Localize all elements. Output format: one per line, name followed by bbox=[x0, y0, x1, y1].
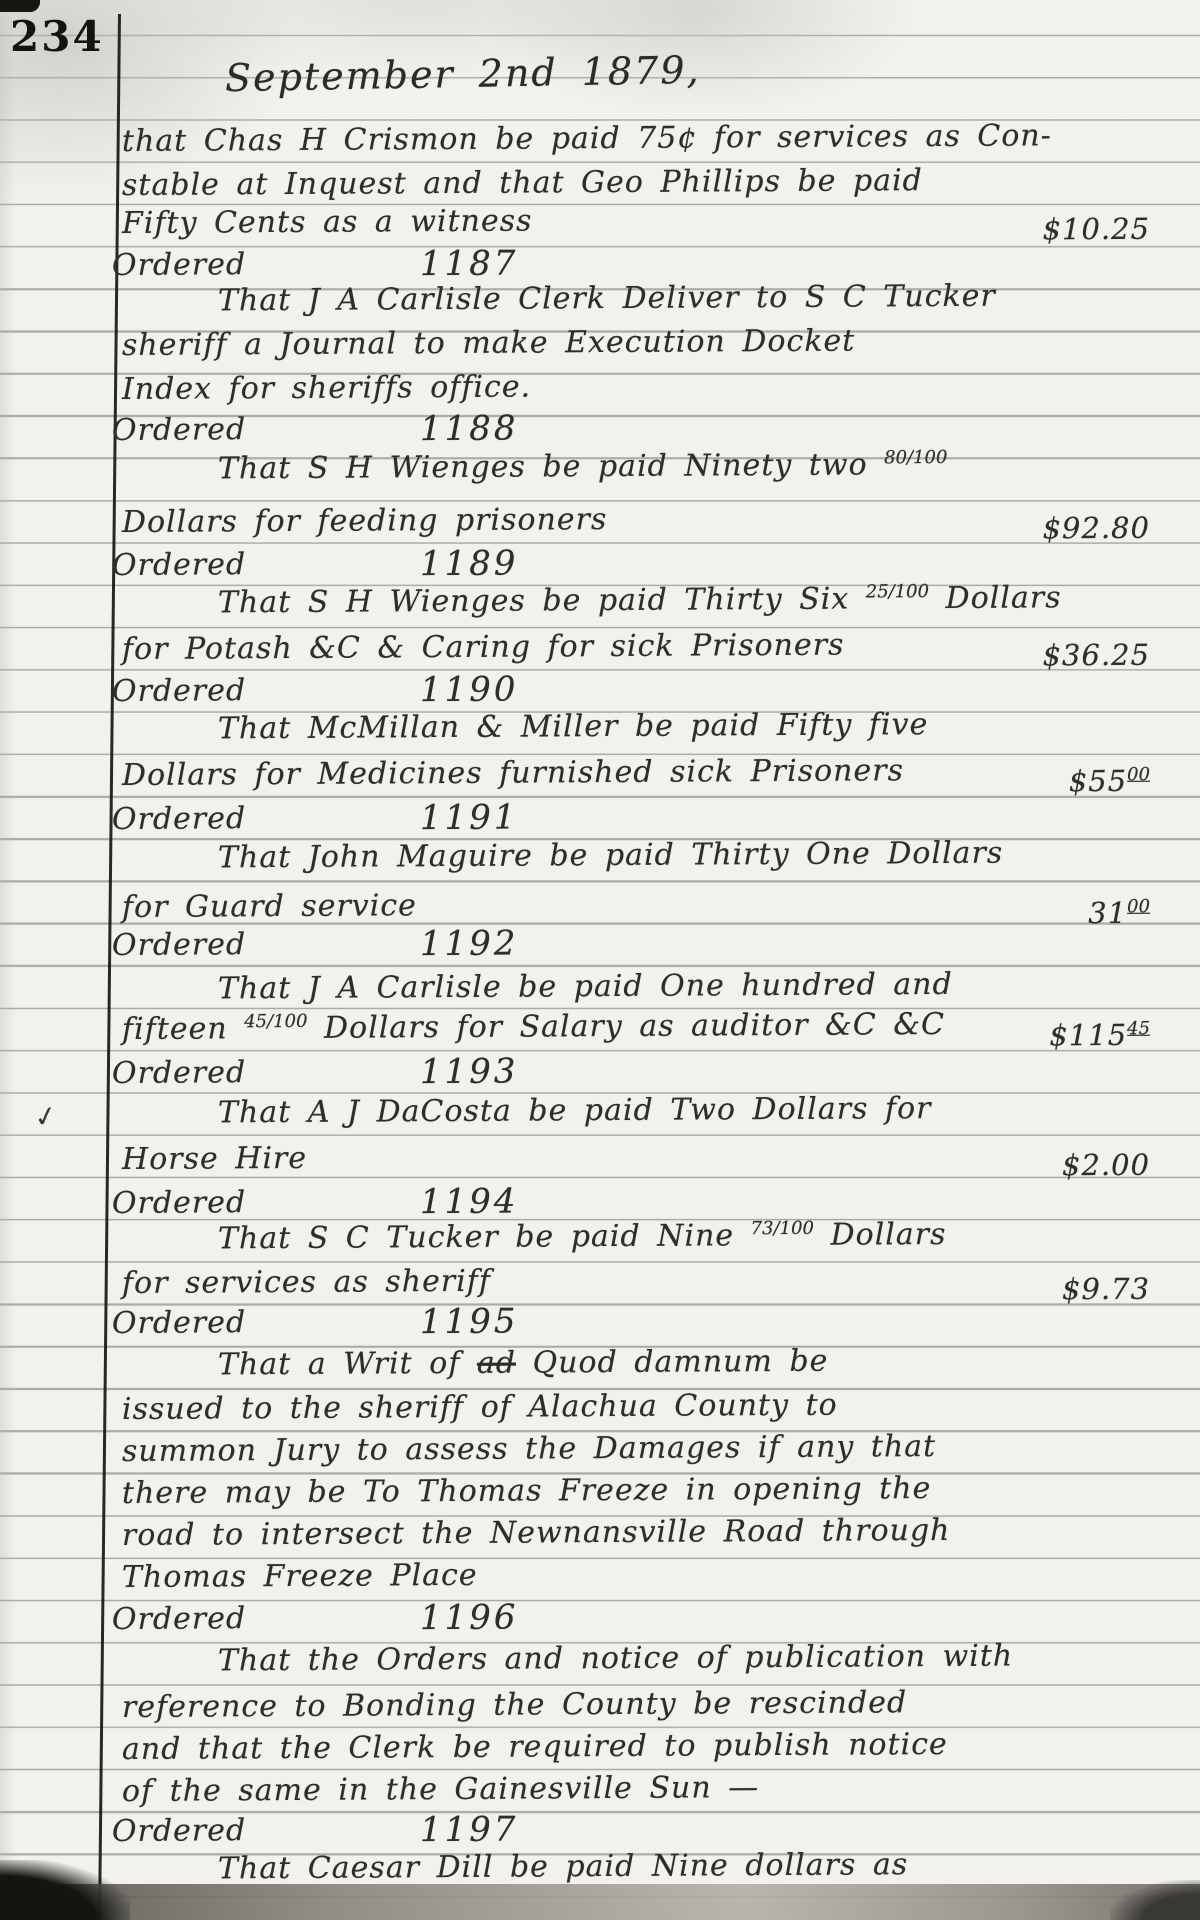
ledger-line: That S C Tucker be paid Nine 73/100 Doll… bbox=[122, 1215, 1200, 1266]
amount-value: $55 bbox=[1069, 764, 1128, 798]
amount-cents: 00 bbox=[1127, 896, 1150, 917]
ordered-label: Ordered bbox=[112, 247, 246, 283]
line-text: sheriff a Journal to make Execution Dock… bbox=[122, 324, 855, 363]
ordered-label: Ordered bbox=[112, 412, 246, 448]
cents-fraction: 73/100 bbox=[751, 1218, 814, 1239]
date-heading: September 2nd 1879, bbox=[225, 48, 701, 100]
line-text: road to intersect the Newnansville Road … bbox=[122, 1513, 951, 1553]
ordered-line: Ordered1192 bbox=[112, 922, 1168, 972]
line-text: Dollars bbox=[814, 1217, 947, 1253]
ordered-label: Ordered bbox=[112, 1185, 246, 1221]
ledger-line: that Chas H Crismon be paid 75¢ for serv… bbox=[122, 118, 1178, 168]
line-text: That John Maguire be paid Thirty One Dol… bbox=[218, 836, 1003, 876]
scan-artifact-top-left bbox=[0, 0, 40, 12]
line-text: Dollars for Salary as auditor &C &C bbox=[307, 1007, 945, 1046]
line-text: That Caesar Dill be paid Nine dollars as bbox=[218, 1847, 908, 1886]
check-mark: ✓ bbox=[31, 1098, 61, 1135]
ledger-line: sheriff a Journal to make Execution Dock… bbox=[122, 322, 1178, 372]
order-number: 1187 bbox=[420, 244, 519, 285]
amount: $5500 bbox=[1069, 764, 1150, 798]
line-text: summon Jury to assess the Damages if any… bbox=[122, 1429, 936, 1469]
amount: $11545 bbox=[1049, 1018, 1150, 1053]
ordered-label: Ordered bbox=[112, 1305, 246, 1341]
ledger-line: That McMillan & Miller be paid Fifty fiv… bbox=[122, 705, 1200, 756]
line-text: That the Orders and notice of publicatio… bbox=[218, 1639, 1013, 1679]
line-text: Index for sheriffs office. bbox=[122, 370, 531, 407]
ledger-line: fifteen 45/100 Dollars for Salary as aud… bbox=[122, 1006, 1178, 1056]
ledger-line: Horse Hire$2.00 bbox=[122, 1136, 1178, 1186]
ledger-line: That John Maguire be paid Thirty One Dol… bbox=[122, 834, 1200, 885]
page-number: 234 bbox=[10, 12, 104, 61]
line-text: that Chas H Crismon be paid 75¢ for serv… bbox=[122, 118, 1052, 159]
cents-fraction: 80/100 bbox=[884, 447, 947, 468]
order-number: 1190 bbox=[420, 670, 519, 711]
line-text: Horse Hire bbox=[122, 1141, 307, 1177]
ledger-line: That the Orders and notice of publicatio… bbox=[122, 1637, 1200, 1688]
scan-artifact-bottom-left bbox=[0, 1860, 130, 1920]
ledger-line: That J A Carlisle Clerk Deliver to S C T… bbox=[122, 277, 1200, 328]
line-text: fifteen bbox=[122, 1011, 244, 1047]
ledger-page: 234 September 2nd 1879, ✓ that Chas H Cr… bbox=[0, 0, 1200, 1920]
cents-fraction: 25/100 bbox=[866, 581, 929, 602]
ledger-line: That S H Wienges be paid Ninety two 80/1… bbox=[122, 445, 1200, 496]
line-text: Fifty Cents as a witness bbox=[122, 203, 533, 241]
order-number: 1192 bbox=[420, 924, 519, 965]
line-text: That J A Carlisle Clerk Deliver to S C T… bbox=[218, 279, 996, 319]
ordered-label: Ordered bbox=[112, 1601, 246, 1637]
ledger-line: That a Writ of ad Quod damnum be bbox=[122, 1341, 1200, 1392]
scan-artifact-bottom-band bbox=[0, 1884, 1200, 1920]
amount: $92.80 bbox=[1042, 511, 1150, 546]
line-text: Quod damnum be bbox=[516, 1344, 829, 1381]
line-text: Dollars for feeding prisoners bbox=[122, 502, 608, 540]
ordered-label: Ordered bbox=[112, 673, 246, 709]
line-text: That A J DaCosta be paid Two Dollars for bbox=[218, 1091, 932, 1130]
struck-word: ad bbox=[477, 1346, 516, 1381]
line-text: stable at Inquest and that Geo Phillips … bbox=[122, 163, 923, 203]
line-text: That a Writ of bbox=[218, 1346, 477, 1383]
ordered-label: Ordered bbox=[112, 927, 246, 963]
line-text: That S C Tucker be paid Nine bbox=[218, 1218, 751, 1256]
ordered-label: Ordered bbox=[112, 801, 246, 837]
ordered-label: Ordered bbox=[112, 1055, 246, 1091]
order-number: 1197 bbox=[420, 1810, 519, 1851]
cents-fraction: 45/100 bbox=[244, 1011, 307, 1032]
line-text: That J A Carlisle be paid One hundred an… bbox=[218, 967, 953, 1006]
amount-cents: 45 bbox=[1127, 1018, 1150, 1039]
line-text: reference to Bonding the County be resci… bbox=[122, 1685, 907, 1725]
order-number: 1191 bbox=[420, 798, 519, 839]
ledger-line: That S H Wienges be paid Thirty Six 25/1… bbox=[122, 579, 1200, 630]
amount: $2.00 bbox=[1062, 1148, 1150, 1183]
amount-value: $115 bbox=[1049, 1018, 1127, 1052]
line-text: Dollars bbox=[929, 580, 1062, 616]
line-text: issued to the sheriff of Alachua County … bbox=[122, 1388, 838, 1427]
scan-artifact-bottom-right bbox=[1110, 1880, 1200, 1920]
line-text: for Guard service bbox=[122, 888, 417, 925]
order-number: 1193 bbox=[420, 1052, 519, 1093]
line-text: for Potash &C & Caring for sick Prisoner… bbox=[122, 628, 845, 667]
line-text: That S H Wienges be paid Thirty Six bbox=[218, 581, 866, 620]
ledger-line: That A J DaCosta be paid Two Dollars for bbox=[122, 1089, 1200, 1140]
order-number: 1195 bbox=[420, 1302, 519, 1343]
amount-cents: 00 bbox=[1127, 764, 1150, 785]
order-number: 1194 bbox=[420, 1182, 519, 1223]
order-number: 1188 bbox=[420, 409, 519, 450]
line-text: there may be To Thomas Freeze in opening… bbox=[122, 1471, 932, 1511]
line-text: for services as sheriff bbox=[122, 1264, 491, 1301]
line-text: Thomas Freeze Place bbox=[122, 1558, 478, 1595]
line-text: and that the Clerk be required to publis… bbox=[122, 1727, 948, 1767]
ledger-line: Dollars for Medicines furnished sick Pri… bbox=[122, 752, 1178, 802]
order-number: 1189 bbox=[420, 544, 519, 585]
line-text: Dollars for Medicines furnished sick Pri… bbox=[122, 753, 904, 793]
ledger-line: Dollars for feeding prisoners$92.80 bbox=[122, 499, 1178, 549]
line-text: of the same in the Gainesville Sun — bbox=[122, 1770, 759, 1809]
order-number: 1196 bbox=[420, 1598, 519, 1639]
line-text: That McMillan & Miller be paid Fifty fiv… bbox=[218, 707, 929, 746]
ordered-label: Ordered bbox=[112, 547, 246, 583]
ordered-label: Ordered bbox=[112, 1813, 246, 1849]
line-text: That S H Wienges be paid Ninety two bbox=[218, 447, 884, 486]
